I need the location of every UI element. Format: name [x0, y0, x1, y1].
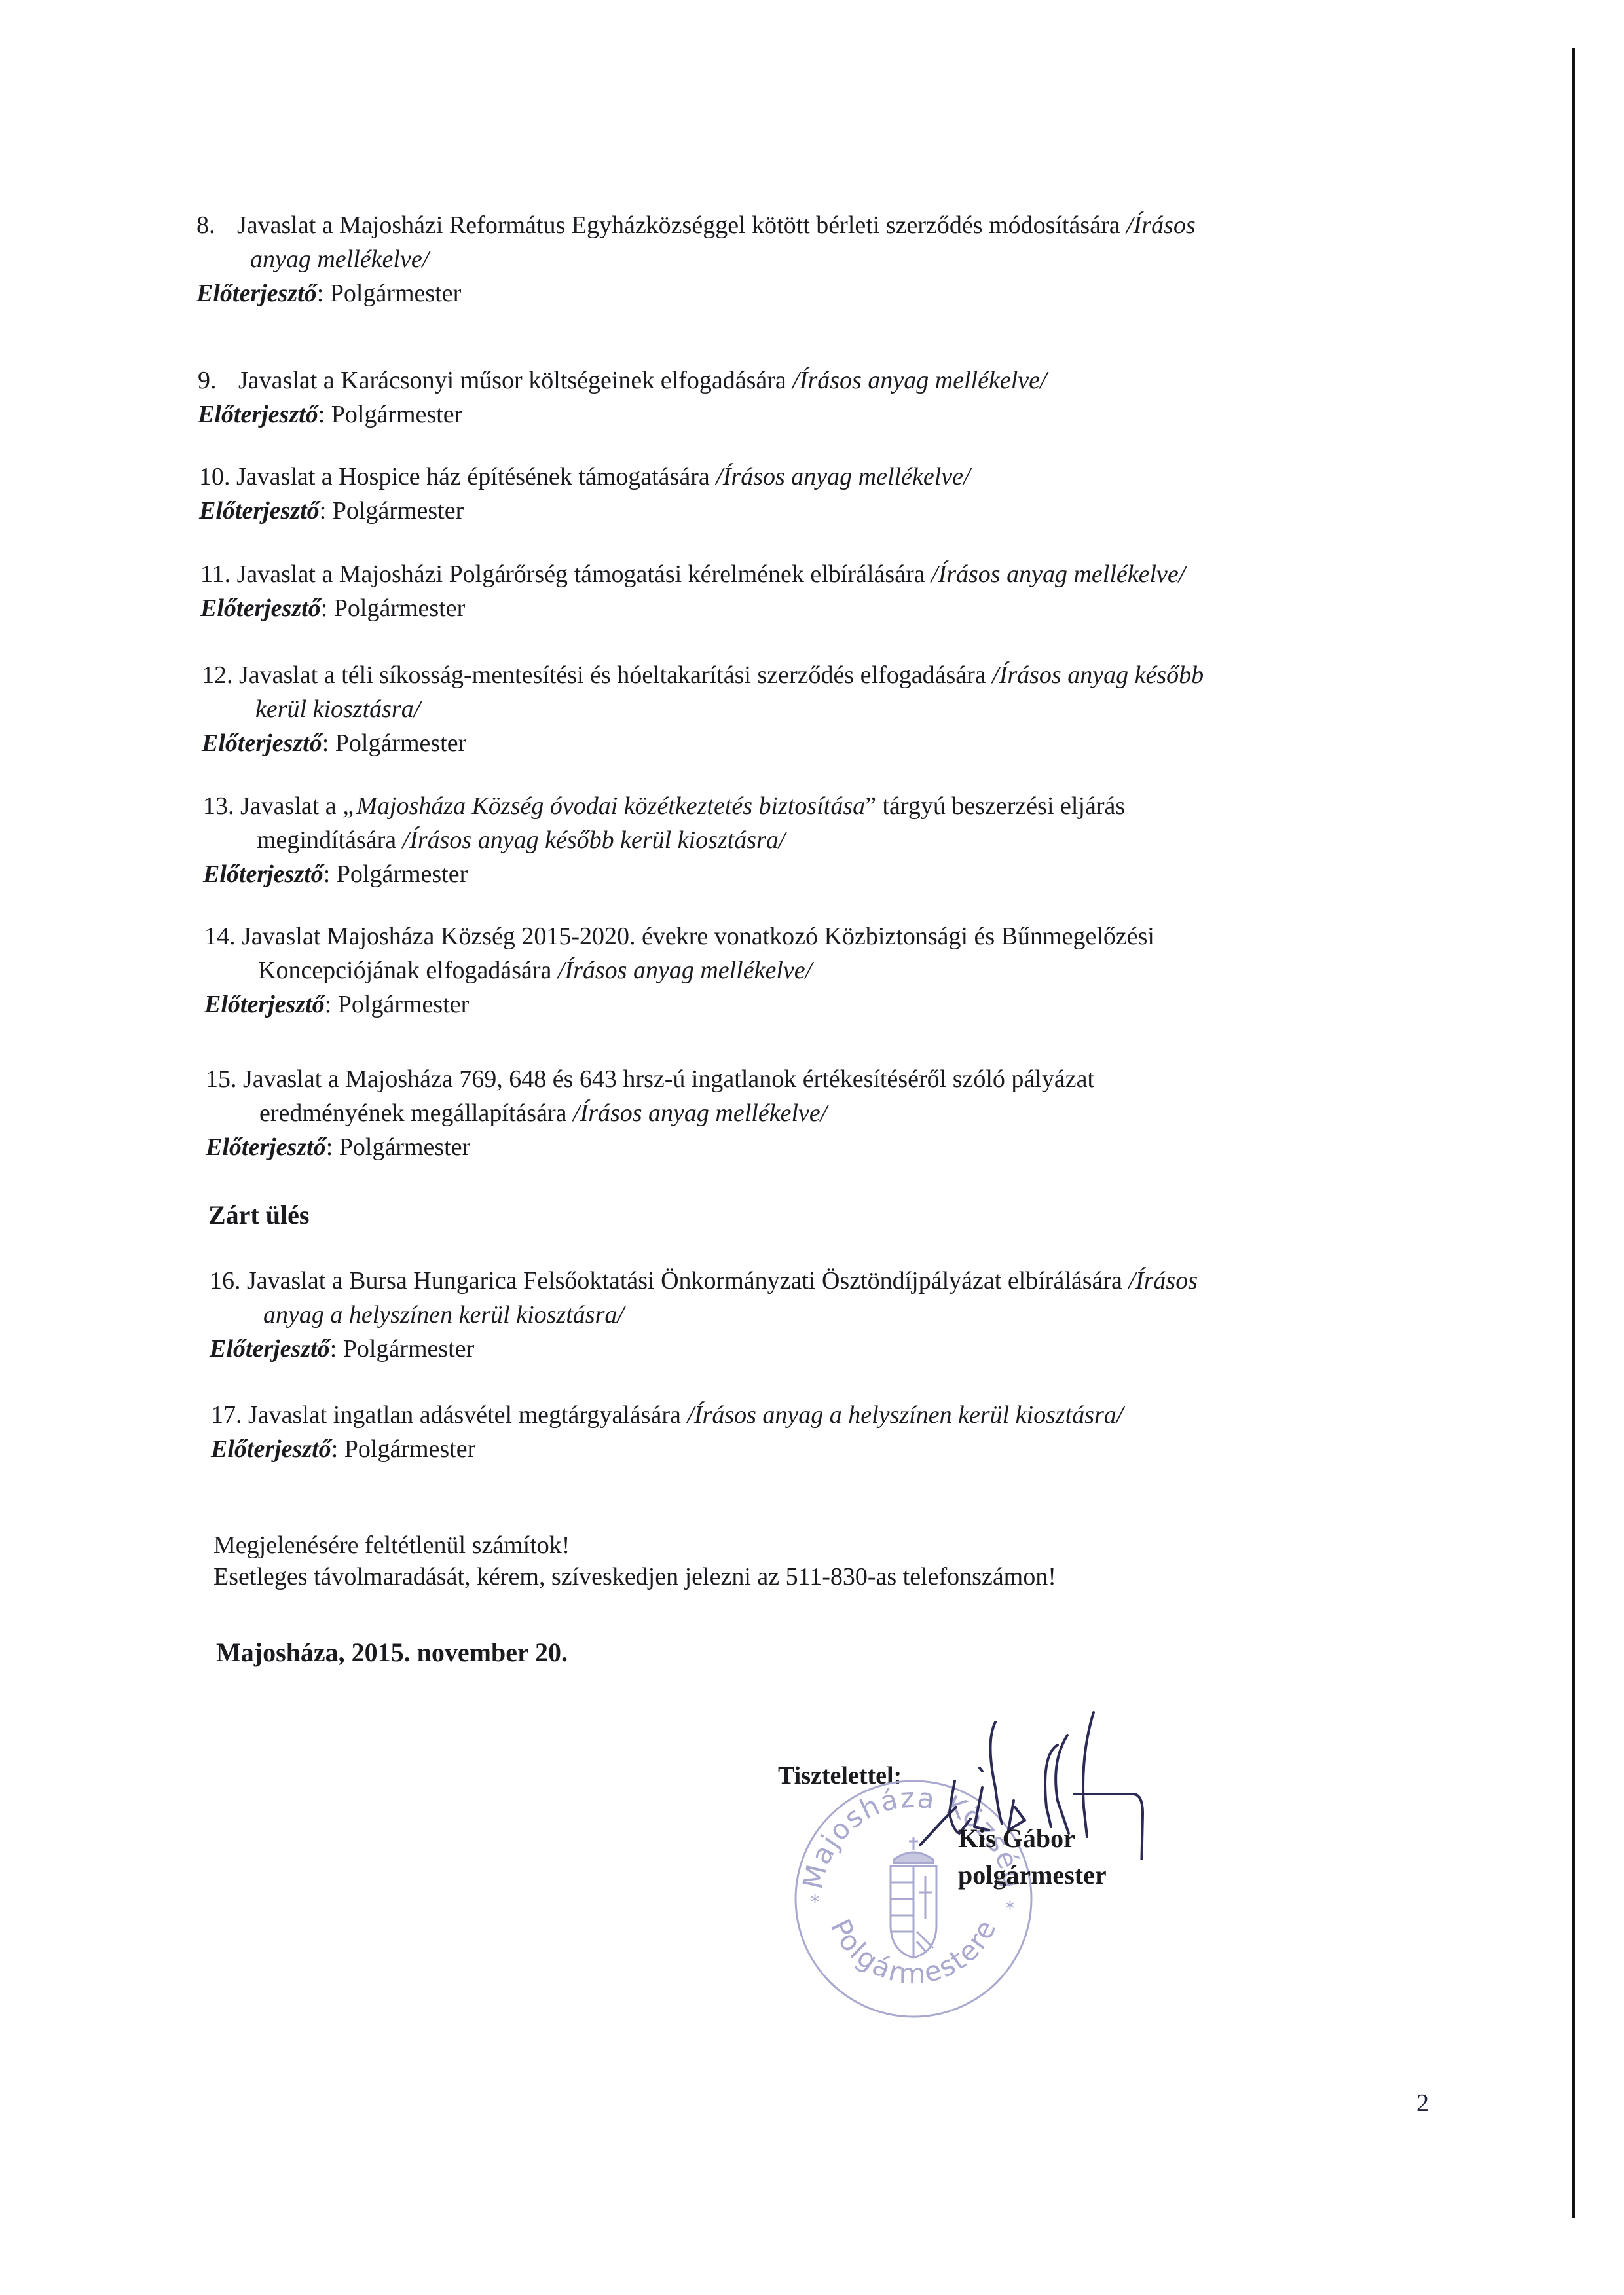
svg-text:*: * — [1005, 1898, 1015, 1920]
agenda-item-9: 9.Javaslat a Karácsonyi műsor költségein… — [198, 363, 1409, 431]
presenter-label: Előterjesztő — [202, 729, 322, 757]
signer-block: Kis Gábor polgármester — [958, 1820, 1107, 1894]
presenter-line: Előterjesztő: Polgármester — [200, 591, 1412, 625]
presenter-label: Előterjesztő — [203, 860, 323, 888]
item-number: 17. — [211, 1401, 242, 1429]
item-text: Javaslat a Majosháza 769, 648 és 643 hrs… — [243, 1065, 1094, 1093]
presenter-label: Előterjesztő — [196, 280, 317, 307]
presenter-label: Előterjesztő — [210, 1335, 330, 1363]
item-continuation-text: eredményének megállapítására — [259, 1099, 573, 1127]
presenter-value: Polgármester — [335, 729, 467, 757]
item-continuation-text: Koncepciójának elfogadására — [258, 957, 558, 984]
item-quoted-title: „Majosháza Község óvodai közétkeztetés b… — [342, 792, 865, 820]
presenter-line: Előterjesztő: Polgármester — [206, 1130, 1408, 1164]
closed-session-title: Zárt ülés — [208, 1198, 309, 1232]
item-text: Javaslat a Hospice ház építésének támoga… — [236, 463, 716, 490]
item-text: Javaslat a Karácsonyi műsor költségeinek… — [238, 367, 792, 394]
presenter-value: Polgármester — [331, 401, 463, 428]
presenter-value: Polgármester — [344, 1435, 476, 1463]
item-note: /Írásos anyag mellékelve/ — [558, 957, 812, 984]
presenter-value: Polgármester — [339, 1133, 471, 1161]
presenter-line: Előterjesztő: Polgármester — [204, 987, 1409, 1021]
item-note: /Írásos anyag mellékelve/ — [931, 560, 1185, 588]
item-text: Javaslat a Majosházi Református Egyházkö… — [237, 211, 1126, 239]
presenter-line: Előterjesztő: Polgármester — [211, 1432, 1409, 1466]
place-date: Majosháza, 2015. november 20. — [216, 1637, 568, 1668]
svg-text:*: * — [810, 1891, 820, 1914]
item-note-continuation: anyag a helyszínen kerül kiosztásra/ — [210, 1298, 1408, 1332]
item-note: /Írásos anyag később — [992, 661, 1204, 689]
item-note: /Írásos anyag mellékelve/ — [573, 1099, 827, 1127]
presenter-line: Előterjesztő: Polgármester — [196, 276, 1408, 310]
page-edge-rule — [1572, 48, 1575, 2218]
presenter-label: Előterjesztő — [200, 595, 321, 622]
item-continuation: megindítására /Írásos anyag később kerül… — [203, 823, 1408, 857]
closing-line-2: Esetleges távolmaradását, kérem, szívesk… — [213, 1561, 1056, 1592]
presenter-label: Előterjesztő — [204, 991, 325, 1018]
agenda-item-11: 11. Javaslat a Majosházi Polgárőrség tám… — [200, 557, 1412, 625]
item-number: 13. — [203, 792, 234, 820]
agenda-item-17: 17. Javaslat ingatlan adásvétel megtárgy… — [211, 1398, 1409, 1466]
item-continuation-text: megindítására — [257, 826, 403, 854]
item-text: Javaslat a Majosházi Polgárőrség támogat… — [237, 560, 931, 588]
closing-text: Megjelenésére feltétlenül számítok! Eset… — [213, 1530, 1056, 1592]
presenter-line: Előterjesztő: Polgármester — [198, 397, 1409, 431]
item-note: /Írásos anyag mellékelve/ — [716, 463, 970, 490]
presenter-label: Előterjesztő — [211, 1435, 331, 1463]
presenter-value: Polgármester — [333, 497, 464, 524]
item-number: 9. — [198, 363, 238, 397]
agenda-item-14: 14. Javaslat Majosháza Község 2015-2020.… — [204, 919, 1409, 1021]
presenter-value: Polgármester — [338, 991, 470, 1018]
item-note: /Írásos anyag mellékelve/ — [792, 367, 1046, 394]
page-number: 2 — [1416, 2089, 1429, 2118]
item-number: 11. — [200, 560, 231, 588]
item-note: /Írásos — [1128, 1267, 1198, 1294]
signer-name: Kis Gábor — [958, 1820, 1107, 1857]
presenter-value: Polgármester — [334, 595, 466, 622]
item-text: Javaslat a — [240, 792, 342, 820]
item-number: 10. — [199, 463, 231, 490]
agenda-item-13: 13. Javaslat a „Majosháza Község óvodai … — [203, 789, 1408, 891]
item-note: /Írásos anyag a helyszínen kerül kiosztá… — [687, 1401, 1123, 1429]
presenter-value: Polgármester — [330, 280, 462, 307]
presenter-line: Előterjesztő: Polgármester — [199, 494, 1411, 528]
presenter-label: Előterjesztő — [206, 1133, 326, 1161]
agenda-item-16: 16. Javaslat a Bursa Hungarica Felsőokta… — [210, 1264, 1408, 1366]
item-number: 16. — [210, 1267, 241, 1294]
signer-title: polgármester — [958, 1857, 1107, 1894]
item-continuation: eredményének megállapítására /Írásos any… — [206, 1096, 1408, 1130]
item-number: 15. — [206, 1065, 237, 1093]
item-text: Javaslat a téli síkosság-mentesítési és … — [239, 661, 992, 689]
item-text: Javaslat a Bursa Hungarica Felsőoktatási… — [247, 1267, 1128, 1294]
item-text-post: ” tárgyú beszerzési eljárás — [865, 792, 1125, 820]
presenter-line: Előterjesztő: Polgármester — [202, 726, 1413, 760]
item-note: /Írásos anyag később kerül kiosztásra/ — [403, 826, 786, 854]
item-continuation: Koncepciójának elfogadására /Írásos anya… — [204, 953, 1409, 987]
agenda-item-10: 10. Javaslat a Hospice ház építésének tá… — [199, 460, 1411, 528]
item-text: Javaslat Majosháza Község 2015-2020. éve… — [242, 923, 1154, 950]
item-text: Javaslat ingatlan adásvétel megtárgyalás… — [248, 1401, 687, 1429]
closing-line-1: Megjelenésére feltétlenül számítok! — [213, 1530, 1056, 1561]
item-number: 8. — [196, 208, 237, 242]
presenter-line: Előterjesztő: Polgármester — [203, 857, 1408, 891]
item-note: /Írásos — [1126, 211, 1196, 239]
presenter-label: Előterjesztő — [198, 401, 318, 428]
agenda-item-8: 8.Javaslat a Majosházi Református Egyház… — [196, 208, 1408, 310]
presenter-label: Előterjesztő — [199, 497, 320, 524]
item-number: 12. — [202, 661, 233, 689]
item-note-continuation: kerül kiosztásra/ — [202, 692, 1413, 726]
agenda-item-12: 12. Javaslat a téli síkosság-mentesítési… — [202, 658, 1413, 760]
item-number: 14. — [204, 923, 236, 950]
presenter-value: Polgármester — [343, 1335, 475, 1363]
presenter-line: Előterjesztő: Polgármester — [210, 1332, 1408, 1366]
item-note-continuation: anyag mellékelve/ — [196, 242, 1408, 276]
presenter-value: Polgármester — [337, 860, 468, 888]
agenda-item-15: 15. Javaslat a Majosháza 769, 648 és 643… — [206, 1062, 1408, 1164]
